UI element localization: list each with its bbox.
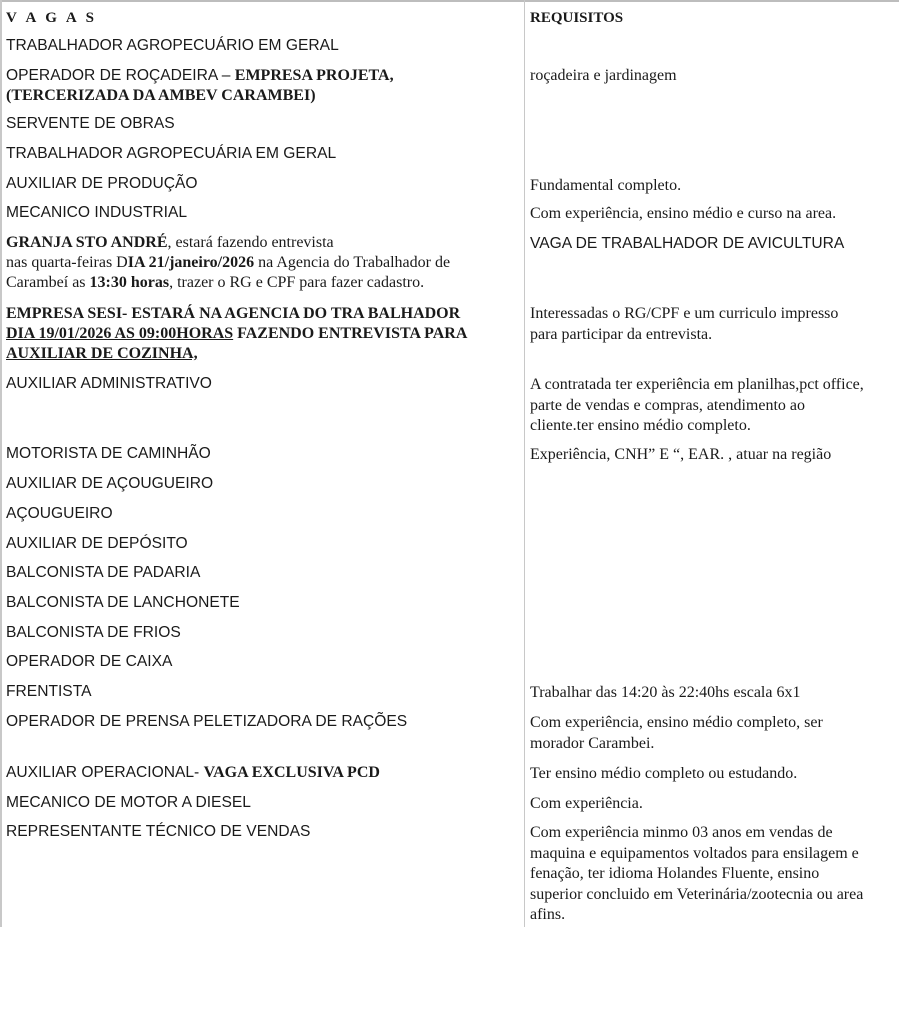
requisito-cell: Experiência, CNH” E “, EAR. , atuar na r… bbox=[530, 445, 896, 466]
requisito-text: fenação, ter idioma Holandes Fluente, en… bbox=[530, 865, 819, 882]
requisito-text: maquina e equipamentos voltados para ens… bbox=[530, 845, 859, 862]
vaga-cell: BALCONISTA DE FRIOS bbox=[6, 623, 520, 643]
vaga-cell: AUXILIAR DE AÇOUGUEIRO bbox=[6, 474, 520, 494]
vaga-cell: GRANJA STO ANDRÉ, estará fazendo entrevi… bbox=[6, 233, 520, 293]
requisito-text: Interessadas o RG/CPF e um curriculo imp… bbox=[530, 305, 838, 322]
interview-date: IA 21/janeiro/2026 bbox=[128, 254, 254, 271]
requisito-text: para participar da entrevista. bbox=[530, 326, 712, 343]
vaga-text: OPERADOR DE ROÇADEIRA – bbox=[6, 67, 235, 84]
vaga-cell: OPERADOR DE CAIXA bbox=[6, 652, 520, 672]
company-name: GRANJA STO ANDRÉ bbox=[6, 234, 168, 251]
vaga-company-note: (TERCERIZADA DA AMBEV CARAMBEI) bbox=[6, 87, 316, 104]
vaga-text: , trazer o RG e CPF para fazer cadastro. bbox=[169, 274, 424, 291]
vaga-cell: OPERADOR DE PRENSA PELETIZADORA DE RAÇÕE… bbox=[6, 712, 520, 732]
requisito-cell: Com experiência minmo 03 anos em vendas … bbox=[530, 823, 896, 926]
requisito-text: afins. bbox=[530, 906, 565, 923]
vaga-cell: AÇOUGUEIRO bbox=[6, 504, 520, 524]
requisito-text: Com experiência, ensino médio completo, … bbox=[530, 714, 823, 731]
table-top-border bbox=[0, 0, 899, 2]
vaga-cell: MECANICO INDUSTRIAL bbox=[6, 203, 520, 223]
vaga-cell: AUXILIAR DE PRODUÇÃO bbox=[6, 174, 520, 194]
requisito-cell: VAGA DE TRABALHADOR DE AVICULTURA bbox=[530, 234, 896, 255]
vaga-cell: AUXILIAR DE DEPÓSITO bbox=[6, 534, 520, 554]
requisito-text: morador Carambei. bbox=[530, 735, 654, 752]
vaga-cell: FRENTISTA bbox=[6, 682, 520, 702]
vaga-cell: TRABALHADOR AGROPECUÁRIO EM GERAL bbox=[6, 36, 520, 56]
vaga-cell: AUXILIAR ADMINISTRATIVO bbox=[6, 374, 520, 394]
requisito-cell: Fundamental completo. bbox=[530, 176, 896, 197]
requisito-text: parte de vendas e compras, atendimento a… bbox=[530, 397, 805, 414]
vaga-text: FAZENDO ENTREVISTA PARA bbox=[233, 325, 467, 342]
vaga-cell: MECANICO DE MOTOR A DIESEL bbox=[6, 793, 520, 813]
vaga-text: na Agencia do Trabalhador de bbox=[254, 254, 450, 271]
vaga-cell: BALCONISTA DE PADARIA bbox=[6, 563, 520, 583]
requisito-cell: Ter ensino médio completo ou estudando. bbox=[530, 764, 896, 785]
vaga-text: Carambeí as bbox=[6, 274, 90, 291]
vaga-company: EMPRESA PROJETA, bbox=[235, 67, 394, 84]
vaga-cell: EMPRESA SESI- ESTARÁ NA AGENCIA DO TRA B… bbox=[6, 304, 520, 364]
vaga-cell: AUXILIAR OPERACIONAL- VAGA EXCLUSIVA PCD bbox=[6, 763, 520, 783]
interview-time: 13:30 horas bbox=[90, 274, 170, 291]
vaga-text: , estará fazendo entrevista bbox=[168, 234, 334, 251]
interview-date: DIA 19/01/2026 AS 09:00HORAS bbox=[6, 325, 233, 342]
vaga-position: AUXILIAR DE COZINHA, bbox=[6, 345, 198, 362]
vaga-cell: REPRESENTANTE TÉCNICO DE VENDAS bbox=[6, 822, 520, 842]
requisito-cell: Trabalhar das 14:20 às 22:40hs escala 6x… bbox=[530, 683, 896, 704]
vaga-cell: SERVENTE DE OBRAS bbox=[6, 114, 520, 134]
requisito-cell: Com experiência, ensino médio e curso na… bbox=[530, 204, 896, 225]
requisito-text: superior concluido em Veterinária/zootec… bbox=[530, 886, 863, 903]
column-divider bbox=[524, 0, 525, 927]
vaga-pcd-badge: VAGA EXCLUSIVA PCD bbox=[204, 764, 380, 781]
requisito-cell: Com experiência. bbox=[530, 794, 896, 815]
requisito-cell: A contratada ter experiência em planilha… bbox=[530, 375, 896, 437]
requisito-cell: roçadeira e jardinagem bbox=[530, 66, 896, 87]
header-requisitos: REQUISITOS bbox=[530, 8, 896, 29]
table-left-border bbox=[0, 0, 2, 927]
vaga-cell: BALCONISTA DE LANCHONETE bbox=[6, 593, 520, 613]
requisito-text: Com experiência minmo 03 anos em vendas … bbox=[530, 824, 833, 841]
requisito-text: A contratada ter experiência em planilha… bbox=[530, 376, 864, 393]
vaga-cell: TRABALHADOR AGROPECUÁRIA EM GERAL bbox=[6, 144, 520, 164]
vaga-text: nas quarta-feiras D bbox=[6, 254, 128, 271]
vaga-text: AUXILIAR OPERACIONAL- bbox=[6, 764, 204, 781]
requisito-text: cliente.ter ensino médio completo. bbox=[530, 417, 751, 434]
requisito-cell: Interessadas o RG/CPF e um curriculo imp… bbox=[530, 304, 896, 345]
vaga-text: EMPRESA SESI- ESTARÁ NA AGENCIA DO TRA B… bbox=[6, 305, 460, 322]
requisito-cell: Com experiência, ensino médio completo, … bbox=[530, 713, 896, 754]
vaga-cell: MOTORISTA DE CAMINHÃO bbox=[6, 444, 520, 464]
vaga-cell: OPERADOR DE ROÇADEIRA – EMPRESA PROJETA,… bbox=[6, 66, 520, 106]
header-vagas: V A G A S bbox=[6, 8, 520, 28]
